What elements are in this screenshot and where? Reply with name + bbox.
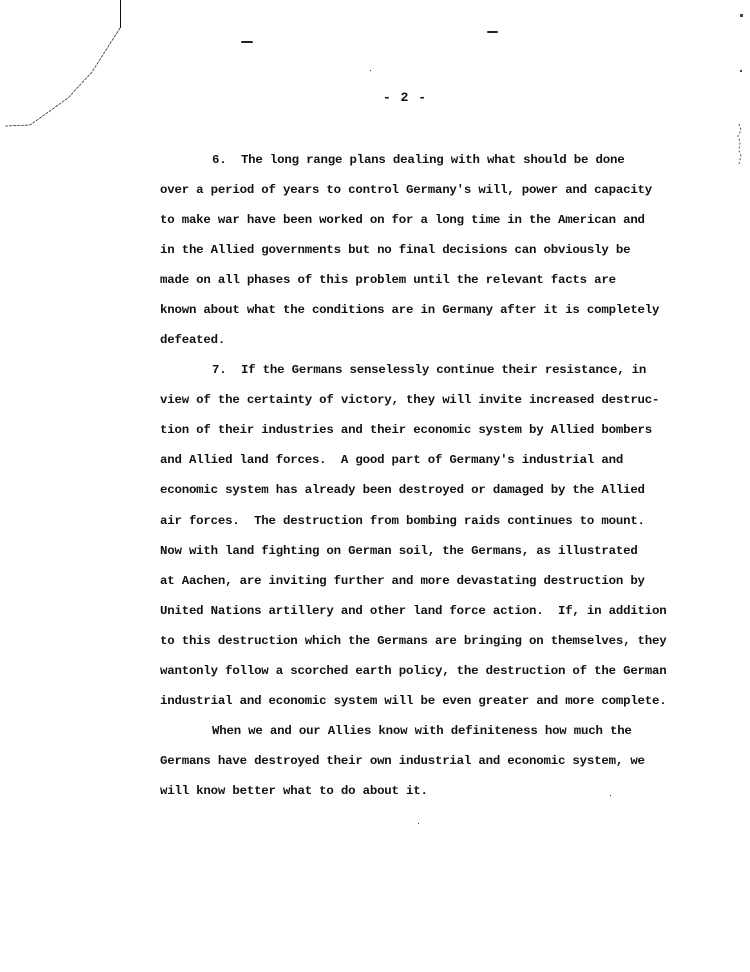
text-line: and Allied land forces. A good part of G… xyxy=(160,453,623,467)
scan-speck xyxy=(370,70,371,71)
text-line: made on all phases of this problem until… xyxy=(160,273,616,287)
scan-speck xyxy=(740,70,742,72)
text-line: 6. The long range plans dealing with wha… xyxy=(212,153,624,167)
text-line: will know better what to do about it. xyxy=(160,784,428,798)
text-line: to this destruction which the Germans ar… xyxy=(160,634,667,648)
scan-speck xyxy=(740,14,743,17)
scan-speck xyxy=(418,823,419,824)
text-line: industrial and economic system will be e… xyxy=(160,694,667,708)
text-line: known about what the conditions are in G… xyxy=(160,303,659,317)
scan-artifact-mark xyxy=(487,31,498,33)
text-line: Now with land fighting on German soil, t… xyxy=(160,544,638,558)
text-line: over a period of years to control German… xyxy=(160,183,652,197)
scan-artifact-mark xyxy=(241,41,253,43)
text-line: air forces. The destruction from bombing… xyxy=(160,514,645,528)
text-line: to make war have been worked on for a lo… xyxy=(160,213,645,227)
scan-speck xyxy=(610,795,611,796)
text-line: at Aachen, are inviting further and more… xyxy=(160,574,645,588)
document-page: - 2 - 6. The long range plans dealing wi… xyxy=(0,0,750,972)
text-line: wantonly follow a scorched earth policy,… xyxy=(160,664,667,678)
text-line: in the Allied governments but no final d… xyxy=(160,243,630,257)
text-line: tion of their industries and their econo… xyxy=(160,423,652,437)
scan-artifact-right-margin xyxy=(735,122,745,172)
text-line: When we and our Allies know with definit… xyxy=(212,724,632,738)
text-line: 7. If the Germans senselessly continue t… xyxy=(212,363,646,377)
scan-artifact-diagonal-line xyxy=(0,0,130,135)
text-line: United Nations artillery and other land … xyxy=(160,604,667,618)
text-line: Germans have destroyed their own industr… xyxy=(160,754,645,768)
text-line: defeated. xyxy=(160,333,225,347)
text-line: economic system has already been destroy… xyxy=(160,483,645,497)
text-line: view of the certainty of victory, they w… xyxy=(160,393,659,407)
page-number: - 2 - xyxy=(380,90,430,105)
